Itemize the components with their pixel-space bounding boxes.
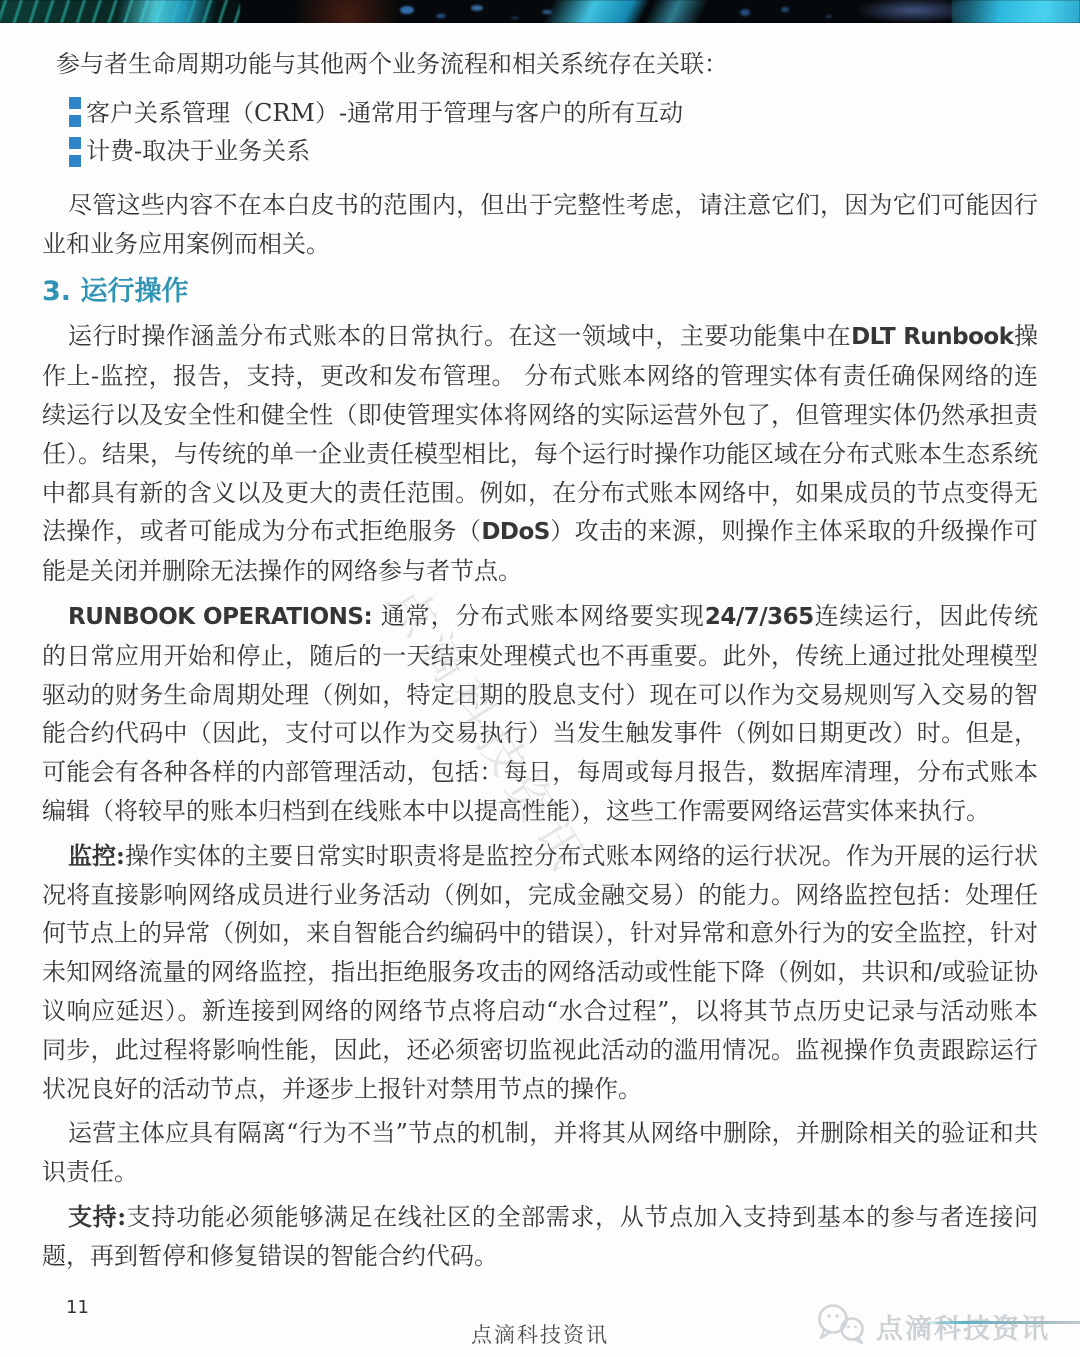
247365-term: 24/7/365 bbox=[705, 604, 814, 630]
note-paragraph: 尽管这些内容不在本白皮书的范围内，但出于完整性考虑，请注意它们，因为它们可能因行… bbox=[42, 186, 1038, 264]
section-heading: 3. 运行操作 bbox=[42, 275, 1038, 309]
runbook-operations-label: RUNBOOK OPERATIONS: bbox=[68, 604, 372, 630]
support-label: 支持: bbox=[68, 1202, 126, 1231]
bullet-square-icon bbox=[69, 137, 81, 149]
page-content: 参与者生命周期功能与其他两个业务流程和相关系统存在关联： 客户关系管理（CRM）… bbox=[0, 45, 1080, 1276]
runtime-text: 操作上-监控，报告，支持，更改和发布管理。 分布式账本网络的管理实体有责任确保网… bbox=[42, 322, 1038, 545]
support-text: 支持功能必须能够满足在线社区的全部需求，从节点加入支持到基本的参与者连接问题，再… bbox=[42, 1203, 1038, 1270]
monitoring-paragraph: 监控:操作实体的主要日常实时职责将是监控分布式账本网络的运行状况。作为开展的运行… bbox=[42, 837, 1038, 1109]
bullet-list: 客户关系管理（CRM）-通常用于管理与客户的所有互动 计费-取决于业务关系 bbox=[42, 94, 1038, 170]
bullet-item-billing: 计费-取决于业务关系 bbox=[86, 132, 1038, 170]
runbook-operations-paragraph: RUNBOOK OPERATIONS: 通常，分布式账本网络要实现24/7/36… bbox=[42, 597, 1038, 831]
ddos-term: DDoS bbox=[481, 519, 550, 545]
blue-bokeh-dots-decor bbox=[740, 9, 750, 16]
header-photo-strip bbox=[0, 0, 1080, 23]
wechat-bubbles-icon bbox=[814, 1303, 870, 1345]
blue-bokeh-dots-decor bbox=[400, 6, 414, 14]
runbook-text: 连续运行，因此传统的日常应用开始和停止，随后的一天结束处理模式也不再重要。此外，… bbox=[42, 602, 1038, 825]
bullet-square-icon bbox=[69, 155, 81, 167]
runbook-text: 通常，分布式账本网络要实现 bbox=[372, 602, 705, 630]
cyan-corner-decor bbox=[952, 0, 1080, 23]
bullet-item-crm: 客户关系管理（CRM）-通常用于管理与客户的所有互动 bbox=[86, 94, 1038, 132]
runtime-operations-paragraph: 运行时操作涵盖分布式账本的日常执行。在这一领域中，主要功能集中在DLT Runb… bbox=[42, 317, 1038, 591]
bullet-square-icon bbox=[69, 97, 81, 109]
monitoring-label: 监控: bbox=[68, 841, 125, 870]
cyan-bars-decor bbox=[528, 0, 728, 23]
document-page: 参与者生命周期功能与其他两个业务流程和相关系统存在关联： 客户关系管理（CRM）… bbox=[0, 0, 1080, 1357]
footer-logo: 点滴科技资讯 bbox=[814, 1297, 1064, 1349]
monitoring-text: 操作实体的主要日常实时职责将是监控分布式账本网络的运行状况。作为开展的运行状况将… bbox=[42, 842, 1038, 1103]
support-paragraph: 支持:支持功能必须能够满足在线社区的全部需求，从节点加入支持到基本的参与者连接问… bbox=[42, 1198, 1038, 1276]
bullet-square-icon bbox=[69, 115, 81, 127]
cyan-streak-decor bbox=[92, 0, 242, 23]
isolation-paragraph: 运营主体应具有隔离“行为不当”节点的机制，并将其从网络中删除，并删除相关的验证和… bbox=[42, 1114, 1038, 1192]
footer-logo-line-decor bbox=[922, 1321, 1080, 1324]
footer-logo-text: 点滴科技资讯 bbox=[876, 1307, 1050, 1346]
dlt-runbook-term: DLT Runbook bbox=[851, 324, 1013, 350]
intro-paragraph: 参与者生命周期功能与其他两个业务流程和相关系统存在关联： bbox=[42, 45, 1038, 84]
page-number: 11 bbox=[66, 1297, 89, 1318]
runtime-text: 运行时操作涵盖分布式账本的日常执行。在这一领域中，主要功能集中在 bbox=[68, 322, 851, 350]
